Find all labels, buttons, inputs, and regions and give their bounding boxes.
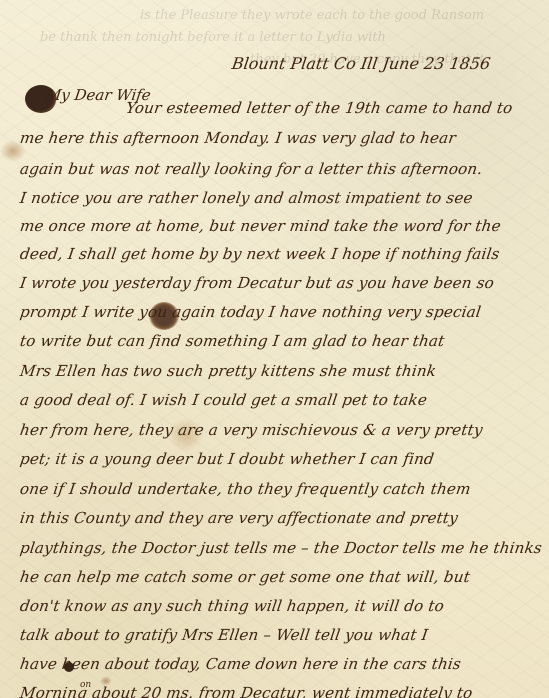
letter-line-8: prompt I write you again today I have no…	[19, 305, 536, 320]
bleed-through-line: be thank then tonight before it a letter…	[40, 30, 386, 45]
letter-line-13: pet; it is a young deer but I doubt whet…	[19, 452, 536, 467]
letter-line-19: talk about to gratify Mrs Ellen – Well t…	[19, 628, 536, 643]
letter-line-15: in this County and they are very affecti…	[19, 511, 536, 526]
letter-line-12: her from here, they are a very mischievo…	[19, 423, 536, 438]
letter-line-7: I wrote you yesterday from Decatur but a…	[19, 276, 536, 291]
letter-line-6: deed, I shall get home by by next week I…	[19, 247, 536, 262]
letter-line-20: have been about today, Came down here in…	[19, 657, 536, 672]
letter-line-14: one if I should undertake, tho they freq…	[19, 482, 536, 497]
letter-line-11: a good deal of. I wish I could get a sma…	[19, 393, 536, 408]
letter-line-9: to write but can find something I am gla…	[19, 334, 536, 349]
letter-line-18: don't know as any such thing will happen…	[19, 599, 536, 614]
letter-line-21: Morning about 20 ms. from Decatur, went …	[19, 686, 536, 698]
letter-line-16: playthings, the Doctor just tells me – t…	[19, 541, 536, 556]
dateline: Blount Platt Co Ill June 23 1856	[231, 54, 492, 73]
letter-line-5: me once more at home, but never mind tak…	[19, 219, 536, 234]
letter-page: is the Pleasure they wrote each to the g…	[0, 0, 549, 698]
letter-line-3: again but was not really looking for a l…	[19, 162, 536, 177]
interlinear-insertion: on	[80, 680, 91, 690]
bleed-through-line: is the Pleasure they wrote each to the g…	[140, 8, 484, 23]
letter-line-10: Mrs Ellen has two such pretty kittens sh…	[19, 364, 536, 379]
letter-line-1: Your esteemed letter of the 19th came to…	[125, 101, 536, 116]
letter-line-2: me here this afternoon Monday. I was ver…	[19, 131, 536, 146]
letter-line-17: he can help me catch some or get some on…	[19, 570, 536, 585]
letter-line-4: I notice you are rather lonely and almos…	[19, 191, 536, 206]
